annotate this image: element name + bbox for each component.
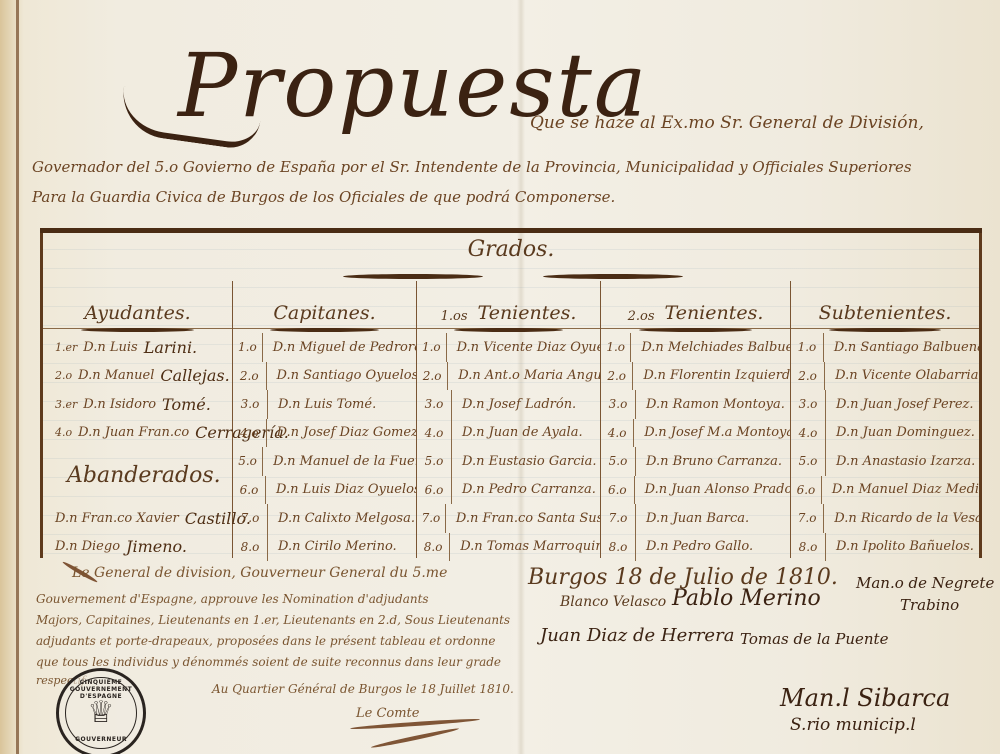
- title-swash-right: [543, 274, 683, 279]
- column-primeros-tenientes: 1.osTenientes. 1.oD.n Vicente Diaz Oyuel…: [417, 281, 601, 558]
- title-swash-left: [343, 274, 483, 279]
- official-seal: CINQUIÈME GOUVERNEMENT D'ESPAGNE ♕ GOUVE…: [56, 668, 146, 754]
- table-row: 1.erD.n LuisLarini.: [43, 333, 232, 362]
- table-row: 3.erD.n IsidoroTomé.: [43, 390, 232, 419]
- column-segundos-tenientes: 2.osTenientes. 1.oD.n Melchiades Balbuen…: [601, 281, 791, 558]
- signature: Man.o de Negrete: [856, 574, 994, 592]
- french-approval-line-4: adjudants et porte-drapeaux, proposées d…: [36, 634, 495, 648]
- table-row: 4.oD.n Juan de Ayala.: [417, 419, 600, 448]
- table-row: 7.oD.n Fran.co Santa Susana.: [417, 504, 600, 533]
- table-row: 6.oD.n Pedro Carranza.: [417, 476, 600, 505]
- table-row: 2.oD.n Ant.o Maria Angulo.: [417, 362, 600, 391]
- table-row: 2.oD.n Florentin Izquierdo.: [601, 362, 790, 391]
- subtenientes-rows: 1.oD.n Santiago Balbuena. 2.oD.n Vicente…: [791, 333, 979, 558]
- column-capitanes: Capitanes. 1.oD.n Miguel de Pedrorena. 2…: [233, 281, 417, 558]
- table-row: 3.oD.n Ramon Montoya.: [601, 390, 790, 419]
- table-row: 8.oD.n Ipolito Bañuelos.: [791, 533, 979, 562]
- column-heading-ayudantes: Ayudantes.: [43, 281, 232, 329]
- book-spine: [16, 0, 19, 754]
- table-row: 7.oD.n Ricardo de la Vesa.: [791, 504, 979, 533]
- table-row: 3.oD.n Juan Josef Perez.: [791, 390, 979, 419]
- table-row: 4.oD.n Josef M.a Montoya.: [601, 419, 790, 448]
- officers-table: Grados. Ayudantes. 1.erD.n LuisLarini. 2…: [40, 228, 982, 558]
- table-row: 5.oD.n Manuel de la Fuente.: [233, 447, 416, 476]
- table-row: 6.oD.n Manuel Diaz Medina.: [791, 476, 979, 505]
- capitanes-rows: 1.oD.n Miguel de Pedrorena. 2.oD.n Santi…: [233, 333, 416, 558]
- table-row: 6.oD.n Luis Diaz Oyuelos.: [233, 476, 416, 505]
- abanderados-heading: Abanderados.: [43, 447, 232, 504]
- heading-swash: [270, 328, 380, 332]
- column-heading-capitanes: Capitanes.: [233, 281, 416, 329]
- table-row: D.n DiegoJimeno.: [43, 533, 232, 562]
- heading-line-2: Governador del 5.o Govierno de España po…: [32, 158, 912, 176]
- french-approval-line-1: Le General de division, Gouverneur Gener…: [72, 565, 447, 581]
- table-columns: Ayudantes. 1.erD.n LuisLarini. 2.oD.n Ma…: [43, 281, 979, 558]
- french-approval-line-3: Majors, Capitaines, Lieutenants en 1.er,…: [36, 613, 510, 627]
- heading-swash: [81, 328, 194, 332]
- french-approval-line-2: Gouvernement d'Espagne, approuve les Nom…: [36, 592, 429, 606]
- segundos-tenientes-rows: 1.oD.n Melchiades Balbuena. 2.oD.n Flore…: [601, 333, 790, 558]
- heading-swash: [829, 328, 942, 332]
- table-row: 2.oD.n ManuelCallejas.: [43, 362, 232, 391]
- table-row: 8.oD.n Pedro Gallo.: [601, 533, 790, 562]
- french-approval-line-5: que tous les individus y dénommés soient…: [36, 655, 501, 669]
- table-row: 1.oD.n Melchiades Balbuena.: [601, 333, 790, 362]
- heading-swash: [454, 328, 564, 332]
- table-row: D.n Fran.co XavierCastillo.: [43, 504, 232, 533]
- signature: Juan Diaz de Herrera: [540, 625, 734, 646]
- signature: Pablo Merino: [672, 586, 821, 611]
- table-row: 3.oD.n Josef Ladrón.: [417, 390, 600, 419]
- signature: Trabino: [900, 596, 959, 614]
- table-row: 7.oD.n Juan Barca.: [601, 504, 790, 533]
- column-heading-primeros-tenientes: 1.osTenientes.: [417, 281, 600, 329]
- table-row: 7.oD.n Calixto Melgosa.: [233, 504, 416, 533]
- table-row: 1.oD.n Santiago Balbuena.: [791, 333, 979, 362]
- seal-top-text: CINQUIÈME GOUVERNEMENT D'ESPAGNE: [59, 679, 143, 700]
- signature-flourish: [371, 727, 460, 750]
- column-heading-subtenientes: Subtenientes.: [791, 281, 979, 329]
- signature: Tomas de la Puente: [740, 630, 888, 648]
- column-heading-segundos-tenientes: 2.osTenientes.: [601, 281, 790, 329]
- table-row: 1.oD.n Vicente Diaz Oyuelos.: [417, 333, 600, 362]
- table-row: 5.oD.n Bruno Carranza.: [601, 447, 790, 476]
- table-row: 1.oD.n Miguel de Pedrorena.: [233, 333, 416, 362]
- table-row: 6.oD.n Juan Alonso Prado.: [601, 476, 790, 505]
- column-ayudantes: Ayudantes. 1.erD.n LuisLarini. 2.oD.n Ma…: [43, 281, 233, 558]
- table-row: 2.oD.n Santiago Oyuelos.: [233, 362, 416, 391]
- column-subtenientes: Subtenientes. 1.oD.n Santiago Balbuena. …: [791, 281, 979, 558]
- table-row: 4.oD.n Josef Diaz Gomez.: [233, 419, 416, 448]
- heading-line-3: Para la Guardia Civica de Burgos de los …: [32, 188, 615, 206]
- table-row: 5.oD.n Anastasio Izarza.: [791, 447, 979, 476]
- table-row: 4.oD.n Juan Fran.coCerragería.: [43, 419, 232, 448]
- table-row: 8.oD.n Tomas Marroquin.: [417, 533, 600, 562]
- ayudantes-rows: 1.erD.n LuisLarini. 2.oD.n ManuelCalleja…: [43, 333, 232, 558]
- seal-bottom-text: GOUVERNEUR: [59, 736, 143, 743]
- table-row: 5.oD.n Eustasio Garcia.: [417, 447, 600, 476]
- signature: Blanco Velasco: [560, 594, 666, 610]
- table-row: 8.oD.n Cirilo Merino.: [233, 533, 416, 562]
- heading-swash: [639, 328, 752, 332]
- signature: S.rio municip.l: [790, 715, 916, 735]
- french-signatory: Le Comte: [356, 706, 419, 721]
- table-row: 2.oD.n Vicente Olabarria.: [791, 362, 979, 391]
- heading-line-1: Que se haze al Ex.mo Sr. General de Divi…: [530, 113, 924, 133]
- signature: Man.l Sibarca: [780, 684, 950, 712]
- table-row: 3.oD.n Luis Tomé.: [233, 390, 416, 419]
- french-place-date: Au Quartier Général de Burgos le 18 Juil…: [212, 682, 514, 696]
- table-row: 4.oD.n Juan Dominguez.: [791, 419, 979, 448]
- primeros-tenientes-rows: 1.oD.n Vicente Diaz Oyuelos. 2.oD.n Ant.…: [417, 333, 600, 558]
- table-section-title: Grados.: [43, 237, 979, 262]
